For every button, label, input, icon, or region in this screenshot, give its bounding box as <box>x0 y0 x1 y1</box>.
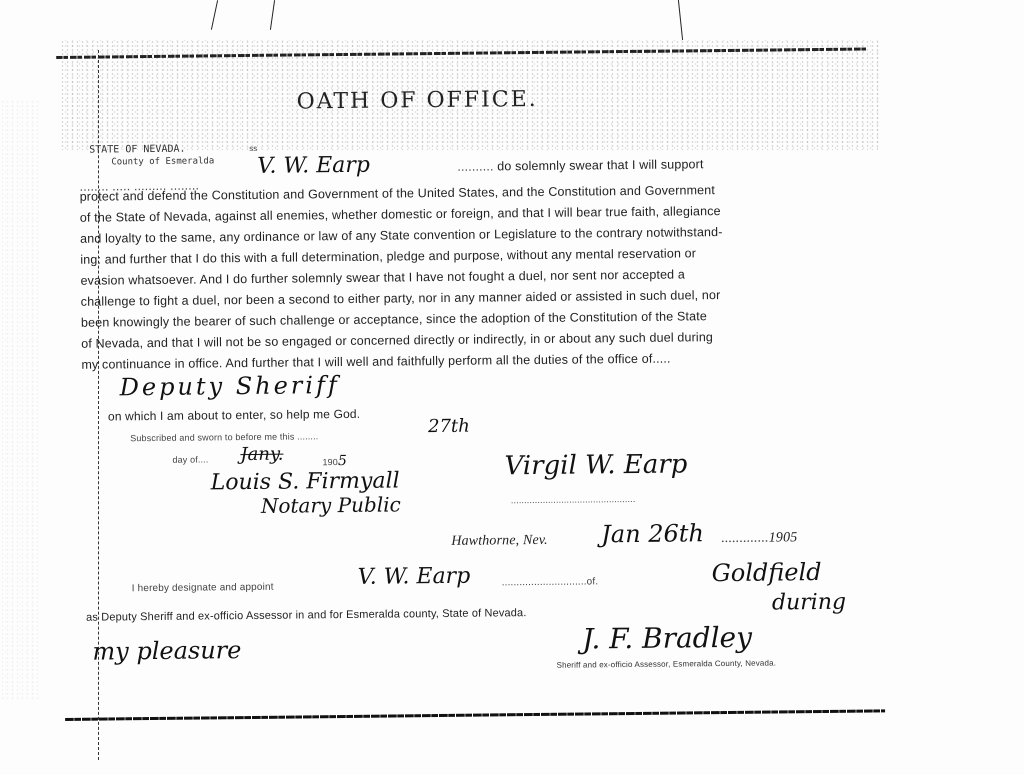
designation-line-2: as Deputy Sheriff and ex-officio Assesso… <box>86 607 527 624</box>
during-handwritten: during <box>772 590 846 616</box>
oath-line-1: .......... do solemnly swear that I will… <box>457 157 703 174</box>
sheriff-title: Sheriff and ex-officio Assessor, Esmeral… <box>557 658 777 669</box>
of-label: .............................of. <box>502 576 599 588</box>
subscribed-day-handwritten: 27th <box>428 416 470 437</box>
sheriff-signature: J. F. Bradley <box>582 621 752 656</box>
designation-label: I hereby designate and appoint <box>132 582 274 594</box>
scan-noise-left <box>0 100 40 700</box>
pleasure-handwritten: my pleasure <box>92 636 241 666</box>
oath-document: OATH OF OFFICE. STATE OF NEVADA. County … <box>56 29 875 717</box>
office-handwritten: Deputy Sheriff <box>120 371 340 401</box>
county-name: County of Esmeralda <box>89 155 214 169</box>
date-year: .............1905 <box>721 530 797 547</box>
subscribed-label: Subscribed and sworn to before me this .… <box>130 431 318 443</box>
affiant-signature: Virgil W. Earp <box>504 449 687 481</box>
closing-line: on which I am about to enter, so help me… <box>108 407 360 424</box>
oath-line-8: been knowingly the bearer of such challe… <box>81 309 707 330</box>
oath-line-7: challenge to fight a duel, nor been a se… <box>81 288 721 309</box>
day-of-label: day of.... <box>172 454 208 464</box>
designee-handwritten: V. W. Earp <box>358 564 471 590</box>
oath-line-9: of Nevada, and that I will not be so eng… <box>81 330 713 351</box>
oath-line-3: of the State of Nevada, against all enem… <box>80 204 721 225</box>
date-handwritten: Jan 26th <box>601 519 704 548</box>
document-title: OATH OF OFFICE. <box>297 87 538 115</box>
state-header: STATE OF NEVADA. County of Esmeralda <box>89 142 214 169</box>
month-handwritten: Jany. <box>240 444 283 465</box>
town-handwritten: Goldfield <box>711 558 821 587</box>
top-border-rule <box>56 48 866 59</box>
notary-signature: Louis S. Firmyall <box>211 468 400 495</box>
signature-line: ........................................… <box>511 494 636 505</box>
place-label: Hawthorne, Nev. <box>451 533 548 550</box>
notary-title-handwritten: Notary Public <box>261 492 401 517</box>
oath-line-6: evasion whatsoever. And I do further sol… <box>80 267 685 287</box>
pen-stroke-mark <box>211 0 218 30</box>
oath-line-10: my continuance in office. And further th… <box>81 352 670 372</box>
oath-line-5: ing: and further that I do this with a f… <box>80 246 696 266</box>
oath-line-4: and loyalty to the same, any ordinance o… <box>80 225 723 246</box>
state-name: STATE OF NEVADA. <box>89 142 214 156</box>
bottom-border-rule <box>65 709 885 721</box>
affiant-name-handwritten: V. W. Earp <box>257 153 370 179</box>
ss-mark: ss <box>249 144 257 153</box>
pen-stroke-mark <box>270 0 275 30</box>
year-prefix: 1905 <box>322 453 347 469</box>
